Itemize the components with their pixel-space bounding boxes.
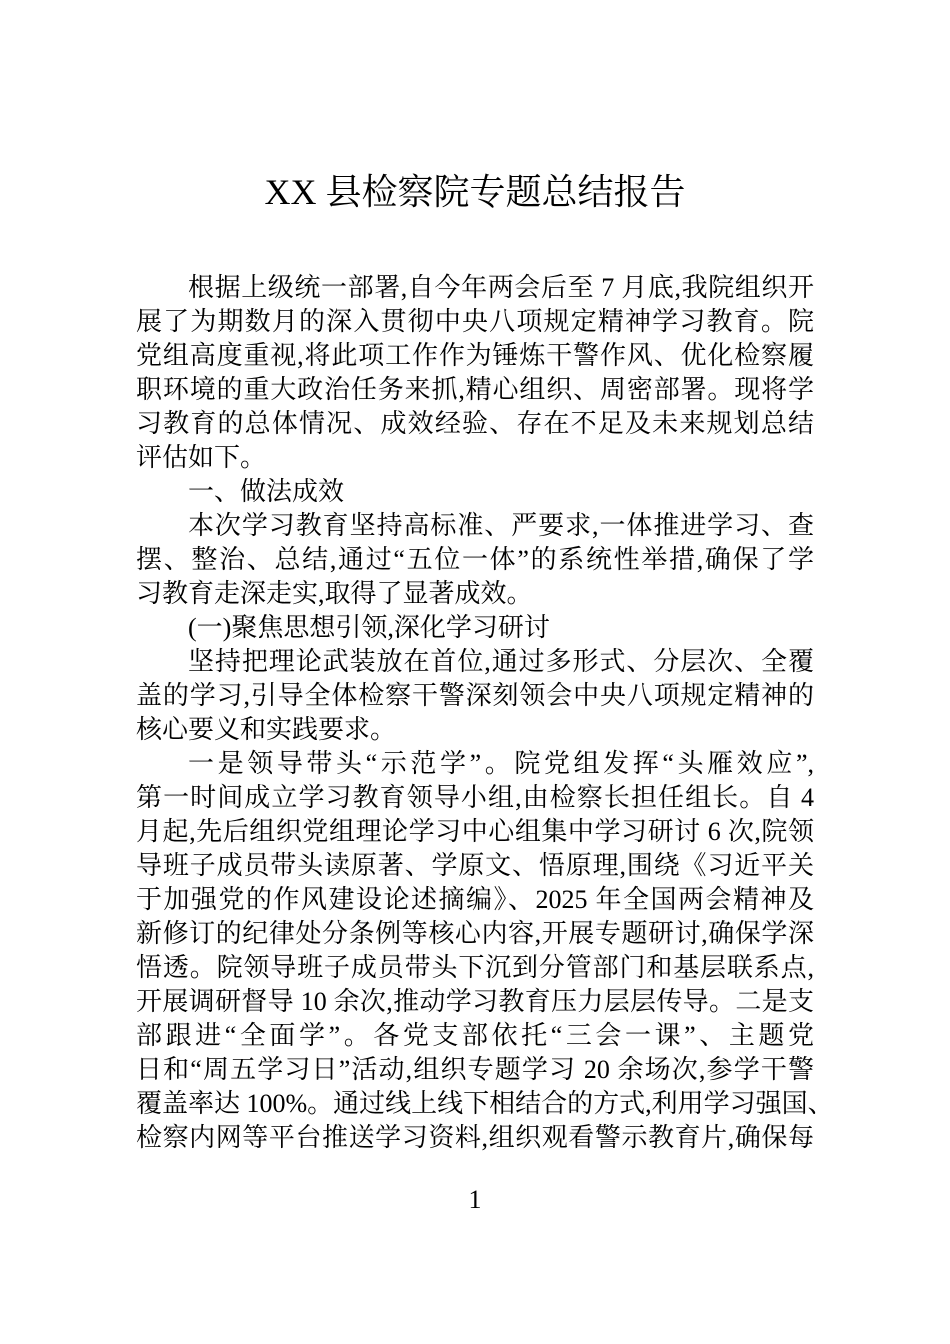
- text-line: 本次学习教育坚持高标准、严要求,一体推进学习、查: [136, 509, 814, 543]
- document-body: 根据上级统一部署,自今年两会后至 7 月底,我院组织开展了为期数月的深入贯彻中央…: [136, 271, 814, 1155]
- text-line: 根据上级统一部署,自今年两会后至 7 月底,我院组织开: [136, 271, 814, 305]
- text-line: 核心要义和实践要求。: [136, 713, 814, 747]
- text-line: 习教育的总体情况、成效经验、存在不足及未来规划总结: [136, 407, 814, 441]
- text-line: 日和“周五学习日”活动,组织专题学习 20 余场次,参学干警: [136, 1053, 814, 1087]
- text-line: 月起,先后组织党组理论学习中心组集中学习研讨 6 次,院领: [136, 815, 814, 849]
- document-page: XX 县检察院专题总结报告 根据上级统一部署,自今年两会后至 7 月底,我院组织…: [0, 0, 950, 1344]
- text-line: 职环境的重大政治任务来抓,精心组织、周密部署。现将学: [136, 373, 814, 407]
- page-number: 1: [0, 1183, 950, 1217]
- document-title: XX 县检察院专题总结报告: [0, 166, 950, 218]
- text-line: 坚持把理论武装放在首位,通过多形式、分层次、全覆: [136, 645, 814, 679]
- section-heading-line: 一、做法成效: [136, 475, 814, 509]
- text-line: 一是领导带头“示范学”。院党组发挥“头雁效应”,: [136, 747, 814, 781]
- text-line: 新修订的纪律处分条例等核心内容,开展专题研讨,确保学深: [136, 917, 814, 951]
- text-line: 评估如下。: [136, 441, 814, 475]
- text-line: 导班子成员带头读原著、学原文、悟原理,围绕《习近平关: [136, 849, 814, 883]
- text-line: 悟透。院领导班子成员带头下沉到分管部门和基层联系点,: [136, 951, 814, 985]
- text-line: 盖的学习,引导全体检察干警深刻领会中央八项规定精神的: [136, 679, 814, 713]
- text-line: 习教育走深走实,取得了显著成效。: [136, 577, 814, 611]
- text-line: 部跟进“全面学”。各党支部依托“三会一课”、主题党: [136, 1019, 814, 1053]
- text-line: 覆盖率达 100%。通过线上线下相结合的方式,利用学习强国、: [136, 1087, 814, 1121]
- text-line: 摆、整治、总结,通过“五位一体”的系统性举措,确保了学: [136, 543, 814, 577]
- text-line: 开展调研督导 10 余次,推动学习教育压力层层传导。二是支: [136, 985, 814, 1019]
- text-line: 检察内网等平台推送学习资料,组织观看警示教育片,确保每: [136, 1121, 814, 1155]
- sub-heading-line: (一)聚焦思想引领,深化学习研讨: [136, 611, 814, 645]
- text-line: 第一时间成立学习教育领导小组,由检察长担任组长。自 4: [136, 781, 814, 815]
- text-line: 于加强党的作风建设论述摘编》、2025 年全国两会精神及: [136, 883, 814, 917]
- text-line: 党组高度重视,将此项工作作为锤炼干警作风、优化检察履: [136, 339, 814, 373]
- text-line: 展了为期数月的深入贯彻中央八项规定精神学习教育。院: [136, 305, 814, 339]
